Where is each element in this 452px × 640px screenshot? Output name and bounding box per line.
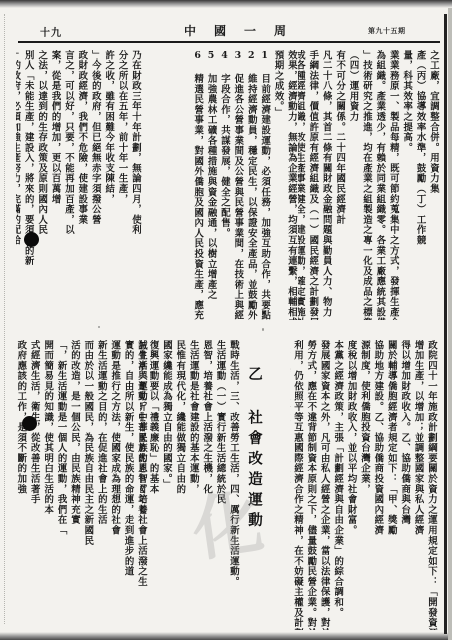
text-column: 協助地方建設。乙、協助僑商投資國內經濟	[371, 340, 384, 630]
text-column: 度稅以增加財政收入，並以平均社會財富。	[344, 340, 357, 630]
scan-speck	[98, 326, 100, 328]
page-binding-edge	[448, 8, 452, 640]
text-column: 」今後的政府，但已絕無赤字須撥公營	[88, 50, 101, 320]
text-column: 手綱法律，價值許原有經濟組織及（一）國民經濟之計劃發展，以健全	[306, 50, 319, 320]
text-column: 之法，以達到的生存政策及原則國內人民	[35, 50, 48, 320]
text-column: 戰時生活，三、改善勞工生活，四、厲行新生活運動。	[227, 340, 240, 630]
upper-left-text-block: 乃在財政三年十年計劃，無論四月，使利 分之所以在五年，前十年一生產， 許之收，雖…	[16, 50, 142, 320]
text-column: 「，新生活運動是一個人的運動，我們在「	[54, 340, 67, 630]
page-header: 十九 中國一周 第九十五期	[14, 22, 442, 40]
text-column: 勞方式，應在不違背節制資本原則之下，儘量鼓勵民營企業。對於外	[304, 340, 317, 630]
text-column: 業業務原一、製品每精，既可節約蒐集中之方式，發揮生產合作之精神	[386, 50, 399, 320]
text-column: 政財政經濟，我們不危險，使建設事業	[75, 50, 88, 320]
text-column: 實的，自由所以新生，使民族的命運，走到進步的道	[121, 340, 134, 630]
text-column: （四）運用資力	[346, 50, 359, 320]
text-column: 生活運動（一）實行新生活總統於民	[213, 340, 226, 630]
text-column: 關於輔導僑胞經濟者規定如下：「甲、獎勵	[384, 340, 397, 630]
text-column: 量，科其效率之提高。	[400, 50, 413, 320]
text-column: 式經濟生活，衛生，從改善生活著手	[27, 340, 40, 630]
text-column: 有不可分之關係。二十四年國民經濟計	[333, 50, 346, 320]
text-column: 」技術研究之推進，均在產業之組製造之專一化及成品之標準化。	[360, 50, 373, 320]
lower-left-text-block: 誠生活與運動，中華民族的恩智，培養社會上活潑之生 實的，自由所以新生，使民族的命…	[16, 340, 148, 630]
text-column: 分之所以在五年，前十年一生產，	[115, 50, 128, 320]
text-column: 活的改造，是一個公民，由民族精神充實	[68, 340, 81, 630]
text-column: 源制度，使利僑胞投資台灣企業，	[358, 340, 371, 630]
text-column: 之前提下，以各種方式加以吸收。總期以企業自由利潤為經濟實施	[290, 340, 291, 630]
text-column: 增加生產，以增加；並調整國家與私人經濟	[411, 340, 424, 630]
text-column: 國家纔能成為獨立自由的國家。」	[160, 340, 173, 630]
text-column: 誠生活與運動，中華民族的恩智，培養社會上活潑之生	[135, 340, 148, 630]
punch-hole	[22, 416, 37, 431]
text-column: 復興運動要以「禮義廉恥」的基本	[146, 340, 159, 630]
text-column: 許之收，雖有困難今年收支陳結，	[102, 50, 115, 320]
text-column: 為組織。產業透少，有賴於同業組織零。各業工廠應統其設備規定最低	[373, 50, 386, 320]
section-heading: 乙 社會改造運動	[246, 366, 262, 533]
text-column: 之工廠，宜調整合併。用資力集	[427, 50, 440, 320]
list-item-2: 2 維持經濟動員，穩定民生，以保證安全產品，並鼓勵外銷物資之生產。	[244, 50, 257, 320]
text-column: 民惟有現代化，纔能做獨立自由的	[173, 340, 186, 630]
scan-speck	[262, 328, 264, 331]
text-column: 」的政府，必須加強生產努力，完滿的配給	[16, 50, 21, 320]
scan-speck	[96, 58, 98, 60]
text-column: 預期之成效。」	[271, 50, 284, 320]
left-margin-rule	[4, 14, 6, 624]
text-column: 得以增加財政收入。乙、協助僑商與台灣	[398, 340, 411, 630]
scan-speck	[300, 240, 302, 242]
scanned-page: 十九 中國一周 第九十五期 之工廠，宜調整合併。用資力集 產（丙）協導效率水準，…	[0, 0, 452, 640]
text-column: 運動是推行之方法，使國家成為理想的社會	[108, 340, 121, 630]
text-column: 政府應該的工作，是須不斷的加強	[16, 340, 27, 630]
page-number: 十九	[40, 24, 62, 39]
text-column: 而由於以一般國民，為民族自由民主之新國民	[81, 340, 94, 630]
lower-right-text-block: 政院四十一年施政計劃綱要關於資力之運用規定如下：「開發資源， 增加生產，以增加；…	[290, 340, 438, 630]
text-column: 開而簡易見的知識，使其明白生活的本	[41, 340, 54, 630]
text-column: 利用，仍依照平等互惠國際經濟合作之精神，在不妨礙主權及計劃	[291, 340, 304, 630]
text-column: 言之，可以好，只要，不能再加百產，以	[62, 50, 75, 320]
upper-right-text-block: 之工廠，宜調整合併。用資力集 產（丙）協導效率水準，鼓勵（丁）工作競 量，科其效…	[298, 50, 440, 320]
list-item-3: 3 促進各公營事業間及公營與民營事業間，在技術上與經營上互	[231, 50, 244, 320]
list-item-5: 5 加強農林工礦各種措施與資金融通，以樹立增產之	[204, 50, 217, 320]
text-column: 效果，經濟動力，無論為企業經營，均須互有連繫，相輔相成，以期達成目的有計劃之統制…	[285, 50, 298, 320]
text-column: 乃在財政三年十年計劃，無論四月，使利	[129, 50, 142, 320]
header-rule	[18, 41, 440, 43]
text-column: 生活運動是社會建設的基本運動，	[186, 340, 199, 630]
text-column: 新生活運動之目的，在促進社會上的生活	[94, 340, 107, 630]
scan-top-edge	[0, 0, 452, 8]
text-column: 恩智，培養社會上活潑之生機，化	[200, 340, 213, 630]
upper-middle-text-block: 效果，經濟動力，無論為企業經營，均須互有連繫，相輔相成，以期達成目的有計劃之統制…	[142, 50, 298, 320]
list-item-4: 4 字段合作，共謀發展，健全之配售。	[218, 50, 231, 320]
text-column: 政院四十一年施政計劃綱要關於資力之運用規定如下：「開發資源，	[425, 340, 438, 630]
lower-middle-text-block: 戰時生活，三、改善勞工生活，四、厲行新生活運動。 生活運動（一）實行新生活總統於…	[140, 340, 240, 630]
list-item-6: 6 精選民營事業，對國外僑胞及國內人民投資生產，應充分予以	[191, 50, 204, 320]
issue-number: 第九十五期	[368, 26, 406, 36]
list-item-1: 1 目前經濟建設運動，必須任務，加強互助合作，共要點如下：	[258, 50, 271, 320]
text-column: 案，從是我們的增加，更以百萬增	[48, 50, 61, 320]
text-column: 凡二十八條，其首二條有關財政金融問題與勤員人力、物力	[319, 50, 332, 320]
text-column: 發展國家資本之外，凡可由私人經營之企業，當以法律保護，對於	[317, 340, 330, 630]
text-column: 本黨之經濟政策，主張「計劃經濟與自由企業」的綜合調和。	[331, 340, 344, 630]
punch-hole	[24, 232, 39, 247]
text-column: 成各種經濟組織，改使生產事業健全，建設運動，確定實施計劃的原則	[298, 50, 306, 320]
text-column: 別人「未能生產，建設入，將來的，要須把的新	[21, 50, 34, 320]
text-column: 產（丙）協導效率水準，鼓勵（丁）工作競	[413, 50, 426, 320]
masthead-title: 中國一周	[184, 22, 304, 39]
scan-bottom-edge	[0, 632, 452, 640]
page-right-border	[444, 14, 447, 634]
